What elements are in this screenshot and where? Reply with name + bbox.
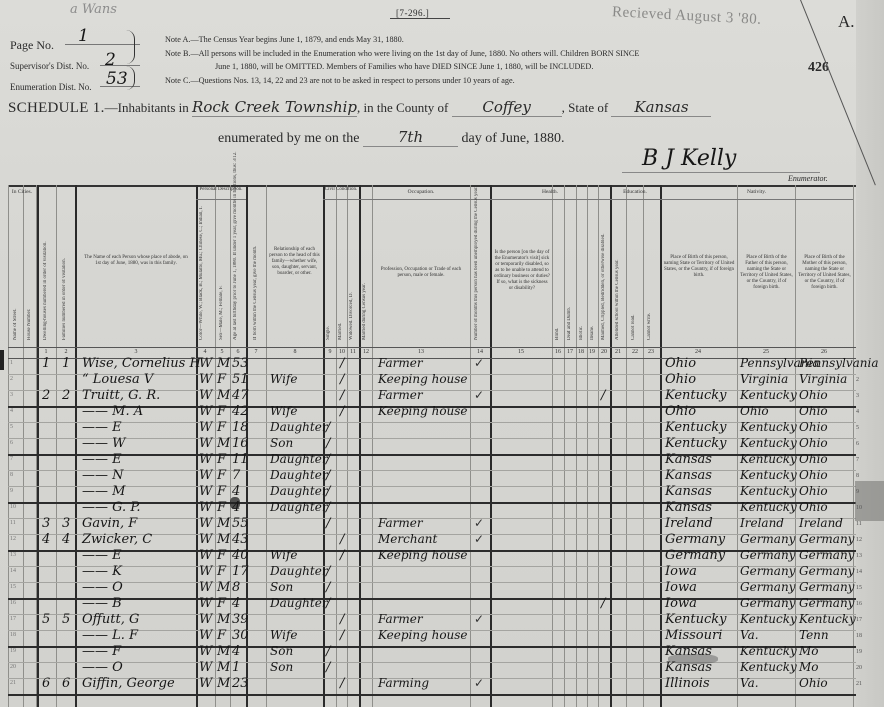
birth-place: Kansas — [665, 468, 712, 483]
single-mark: / — [326, 516, 330, 531]
sex-value: F — [217, 484, 226, 499]
colnum-12: 12 — [356, 349, 376, 355]
colnum-rule — [8, 347, 856, 348]
age-value: 4 — [232, 596, 240, 611]
person-name: —— B — [82, 596, 122, 611]
colnum-2: 2 — [56, 349, 76, 355]
header-maimed: Maimed, Crippled, Bedridden, or otherwis… — [601, 205, 606, 340]
header-married: Married. — [338, 295, 343, 340]
mother-birth-place: Ireland — [799, 516, 843, 530]
birth-place: Kansas — [665, 660, 712, 675]
sex-value: M — [217, 644, 230, 659]
header-birth-month: If born within the Census year, give the… — [253, 215, 258, 340]
relationship-value: Daughter — [270, 500, 328, 514]
married-mark: / — [340, 548, 344, 563]
mother-birth-place: Germany — [799, 564, 854, 578]
sex-value: F — [217, 468, 226, 483]
person-name: Giffin, George — [82, 676, 175, 691]
father-birth-place: Va. — [740, 676, 759, 690]
note-a: Note A.—The Census Year begins June 1, 1… — [165, 33, 845, 47]
color-value: W — [199, 468, 212, 483]
row-line-number: 1 — [856, 361, 859, 367]
occupation-value: Keeping house — [378, 548, 468, 562]
unemployed-check: ✓ — [474, 516, 484, 531]
color-value: W — [199, 404, 212, 419]
row-line-number-left: 3 — [10, 392, 13, 398]
row-line-number-left: 6 — [10, 440, 13, 446]
relationship-value: Wife — [270, 372, 298, 386]
single-mark: / — [326, 500, 330, 515]
person-name: —— L. F — [82, 628, 138, 643]
father-birth-place: Kentucky — [740, 612, 797, 626]
colnum-26: 26 — [814, 349, 834, 355]
header-education: Education. — [610, 189, 660, 195]
color-value: W — [199, 532, 212, 547]
sex-value: M — [217, 388, 230, 403]
enumeration-dist-field: Enumeration Dist. No. 53 — [10, 77, 135, 95]
row-line-number: 4 — [856, 409, 859, 415]
enumeration-day: 7th — [363, 128, 458, 147]
father-birth-place: Kentucky — [740, 420, 797, 434]
row-line-number-left: 21 — [10, 680, 16, 686]
header-sex: Sex—Male, M.; Female, F. — [219, 245, 224, 340]
age-value: 17 — [232, 564, 249, 579]
row-line-number-left: 5 — [10, 424, 13, 430]
header-nativity: Nativity. — [660, 189, 853, 195]
person-name: Zwicker, C — [82, 532, 152, 547]
dwelling-number: 1 — [42, 356, 50, 371]
father-birth-place: Kentucky — [740, 660, 797, 674]
birth-place: Kentucky — [665, 388, 727, 403]
sex-value: M — [217, 516, 230, 531]
row-line-number: 7 — [856, 457, 859, 463]
row-line-number-left: 20 — [10, 664, 16, 670]
header-birth-mother: Place of Birth of the Mother of this per… — [798, 255, 851, 291]
mother-birth-place: Mo — [799, 644, 819, 658]
occupation-value: Keeping house — [378, 372, 468, 386]
colnum-14: 14 — [470, 349, 490, 355]
mother-birth-place: Virginia — [799, 372, 847, 386]
person-name: Wise, Cornelius H — [82, 356, 201, 371]
row-line-number: 13 — [856, 553, 862, 559]
dwelling-number: 2 — [42, 388, 50, 403]
occupation-value: Farmer — [378, 388, 423, 402]
row-line-number-left: 16 — [10, 600, 16, 606]
group-rule — [610, 199, 660, 200]
colnum-24: 24 — [688, 349, 708, 355]
family-number: 3 — [62, 516, 70, 531]
relationship-value: Daughter — [270, 484, 328, 498]
person-name: Truitt, G. R. — [82, 388, 160, 403]
attended-school-mark: / — [601, 596, 605, 611]
father-birth-place: Kentucky — [740, 500, 797, 514]
color-value: W — [199, 372, 212, 387]
birth-place: Kansas — [665, 484, 712, 499]
inhabitants-label: —Inhabitants in — [105, 100, 189, 115]
relationship-value: Wife — [270, 404, 298, 418]
person-name: Offutt, G — [82, 612, 139, 627]
header-name: The Name of each Person whose place of a… — [82, 255, 190, 267]
color-value: W — [199, 388, 212, 403]
father-birth-place: Va. — [740, 628, 759, 642]
birth-place: Kansas — [665, 644, 712, 659]
row-line-number-left: 13 — [10, 552, 16, 558]
row-line-number: 8 — [856, 473, 859, 479]
single-mark: / — [326, 596, 330, 611]
person-name: —— F — [82, 644, 121, 659]
township-value: Rock Creek Township — [192, 98, 357, 117]
mother-birth-place: Germany — [799, 596, 854, 610]
color-value: W — [199, 436, 212, 451]
header-color: Color—White, W.; Black, B.; Mulatto, Mu.… — [199, 205, 204, 340]
row-line-number-left: 19 — [10, 648, 16, 654]
person-name: Gavin, F — [82, 516, 137, 531]
header-birth-person: Place of Birth of this person, naming St… — [663, 255, 735, 279]
row-line-number-left: 12 — [10, 536, 16, 542]
birth-place: Illinois — [665, 676, 710, 691]
unemployed-check: ✓ — [474, 532, 484, 547]
header-civil-condition: Civil Condition. — [323, 187, 359, 192]
single-mark: / — [326, 644, 330, 659]
enumerator-label: Enumerator. — [788, 174, 828, 183]
unemployed-check: ✓ — [474, 356, 484, 371]
family-number: 5 — [62, 612, 70, 627]
color-value: W — [199, 628, 212, 643]
census-page: a Wans [7-296.] Recieved August 3 '80. A… — [0, 0, 884, 707]
header-months-unemployed: Number of months this person has been un… — [474, 205, 479, 340]
age-value: 40 — [232, 548, 249, 563]
mother-birth-place: Ohio — [799, 500, 828, 514]
colnum-13: 13 — [411, 349, 431, 355]
sex-value: F — [217, 404, 226, 419]
header-profession: Profession, Occupation or Trade of each … — [376, 267, 466, 279]
relationship-value: Daughter — [270, 452, 328, 466]
color-value: W — [199, 452, 212, 467]
page-no-value: 1 — [78, 26, 89, 46]
header-single: Single. — [326, 305, 331, 340]
row-line-number: 6 — [856, 441, 859, 447]
married-mark: / — [340, 628, 344, 643]
row-line-number: 14 — [856, 569, 862, 575]
age-value: 4 — [232, 484, 240, 499]
colnum-15: 15 — [511, 349, 531, 355]
mother-birth-place: Germany — [799, 580, 854, 594]
row-line-number-left: 4 — [10, 408, 13, 414]
color-value: W — [199, 420, 212, 435]
single-mark: / — [326, 436, 330, 451]
mother-birth-place: Germany — [799, 532, 854, 546]
birth-place: Missouri — [665, 628, 722, 643]
row-line-number-left: 8 — [10, 472, 13, 478]
dwelling-number: 5 — [42, 612, 50, 627]
relationship-value: Daughter — [270, 420, 328, 434]
birth-place: Ohio — [665, 372, 696, 387]
occupation-value: Merchant — [378, 532, 437, 546]
page-no-label: Page No. — [10, 38, 54, 52]
father-birth-place: Germany — [740, 548, 795, 562]
row-line-number: 3 — [856, 393, 859, 399]
mother-birth-place: Ohio — [799, 484, 828, 498]
received-stamp: Recieved August 3 '80. — [612, 4, 762, 29]
day-suffix: day of June, 1880. — [462, 131, 565, 146]
person-name: —— E — [82, 420, 122, 435]
row-line-number-left: 18 — [10, 632, 16, 638]
father-birth-place: Virginia — [740, 372, 788, 386]
sex-value: M — [217, 580, 230, 595]
mother-birth-place: Germany — [799, 548, 854, 562]
header-occupation: Occupation. — [372, 189, 470, 195]
header-house-number: House Number. — [27, 280, 32, 340]
person-name: —— N — [82, 468, 124, 483]
row-rule — [8, 694, 856, 696]
sex-value: F — [217, 500, 226, 515]
person-name: —— E — [82, 548, 122, 563]
colnum-25: 25 — [756, 349, 776, 355]
group-rule — [660, 199, 853, 200]
age-value: 51 — [232, 372, 249, 387]
sex-value: M — [217, 356, 230, 371]
color-value: W — [199, 548, 212, 563]
person-name: —— E — [82, 452, 122, 467]
row-line-number: 9 — [856, 489, 859, 495]
married-mark: / — [340, 356, 344, 371]
colnum-1: 1 — [36, 349, 56, 355]
header-dwelling: Dwelling-houses numbered in order of vis… — [43, 215, 48, 340]
single-mark: / — [326, 564, 330, 579]
father-birth-place: Kentucky — [740, 468, 797, 482]
mother-birth-place: Ohio — [799, 388, 828, 402]
state-label: , State of — [562, 100, 609, 115]
age-value: 53 — [232, 356, 249, 371]
row-line-number: 16 — [856, 601, 862, 607]
married-mark: / — [340, 532, 344, 547]
single-mark: / — [326, 452, 330, 467]
mother-birth-place: Mo — [799, 660, 819, 674]
father-birth-place: Kentucky — [740, 388, 797, 402]
state-value: Kansas — [611, 98, 711, 117]
age-value: 47 — [232, 388, 249, 403]
mother-birth-place: Kentucky — [799, 612, 856, 626]
colnum-8: 8 — [285, 349, 305, 355]
mother-birth-place: Pennsylvania — [799, 356, 879, 370]
row-line-number-left: 11 — [10, 520, 16, 526]
supervisor-dist-label: Supervisor's Dist. No. — [10, 61, 89, 71]
table-top-rule — [8, 185, 856, 187]
person-name: —— M. A — [82, 404, 143, 419]
enumeration-dist-rule — [100, 86, 140, 87]
mother-birth-place: Ohio — [799, 452, 828, 466]
sex-value: F — [217, 420, 226, 435]
colnum-7: 7 — [246, 349, 266, 355]
sex-value: M — [217, 532, 230, 547]
family-number: 2 — [62, 388, 70, 403]
sex-value: M — [217, 436, 230, 451]
age-value: 4 — [232, 500, 240, 515]
color-value: W — [199, 612, 212, 627]
signature-rule — [622, 172, 820, 173]
occupation-value: Farmer — [378, 356, 423, 370]
relationship-value: Wife — [270, 628, 298, 642]
father-birth-place: Germany — [740, 580, 795, 594]
person-name: —— M — [82, 484, 125, 499]
mother-birth-place: Ohio — [799, 468, 828, 482]
header-cannot-read: Cannot read. — [631, 300, 636, 340]
row-line-number: 5 — [856, 425, 859, 431]
sex-value: F — [217, 452, 226, 467]
header-relationship: Relationship of each person to the head … — [268, 247, 321, 277]
birth-place: Kentucky — [665, 420, 727, 435]
sex-value: F — [217, 372, 226, 387]
relationship-value: Son — [270, 436, 293, 450]
header-idiotic: Idiotic. — [579, 310, 584, 340]
mother-birth-place: Ohio — [799, 404, 828, 418]
color-value: W — [199, 484, 212, 499]
age-value: 1 — [232, 660, 240, 675]
row-line-number-left: 14 — [10, 568, 16, 574]
single-mark: / — [326, 420, 330, 435]
color-value: W — [199, 356, 212, 371]
header-birth-father: Place of Birth of the Father of this per… — [740, 255, 793, 291]
age-value: 43 — [232, 532, 249, 547]
row-line-number: 2 — [856, 377, 859, 383]
family-number: 4 — [62, 532, 70, 547]
birth-place: Germany — [665, 548, 725, 563]
form-code-rule — [390, 18, 450, 19]
age-value: 42 — [232, 404, 249, 419]
married-mark: / — [340, 612, 344, 627]
occupation-value: Farmer — [378, 516, 423, 530]
sex-value: M — [217, 660, 230, 675]
schedule-title: SCHEDULE 1. — [8, 100, 105, 116]
row-line-number-left: 9 — [10, 488, 13, 494]
person-name: —— G. P. — [82, 500, 141, 515]
row-line-number: 12 — [856, 537, 862, 543]
father-birth-place: Kentucky — [740, 452, 797, 466]
single-mark: / — [326, 660, 330, 675]
schedule-heading: SCHEDULE 1.—Inhabitants in Rock Creek To… — [8, 98, 711, 117]
row-line-number: 11 — [856, 521, 862, 527]
birth-place: Ohio — [665, 356, 696, 371]
single-mark: / — [326, 484, 330, 499]
supervisor-dist-value: 2 — [105, 50, 116, 70]
page-no-field: Page No. 1 — [10, 36, 135, 54]
header-street: Name of Street. — [13, 275, 18, 340]
married-mark: / — [340, 372, 344, 387]
person-name: “ Louesa V — [82, 372, 153, 387]
age-value: 30 — [232, 628, 249, 643]
single-mark: / — [326, 468, 330, 483]
header-married-in-year: Married during Census year. — [362, 245, 367, 340]
row-line-number-left: 1 — [10, 360, 13, 366]
color-value: W — [199, 596, 212, 611]
unemployed-check: ✓ — [474, 388, 484, 403]
birth-place: Ireland — [665, 516, 713, 531]
group-rule — [359, 199, 490, 200]
person-name: —— O — [82, 660, 123, 675]
header-families: Families numbered in order of visitation… — [62, 235, 67, 340]
group-rule — [490, 199, 610, 200]
father-birth-place: Kentucky — [740, 484, 797, 498]
unemployed-check: ✓ — [474, 612, 484, 627]
enumeration-date-line: enumerated by me on the 7th day of June,… — [218, 128, 565, 147]
unemployed-check: ✓ — [474, 676, 484, 691]
mother-birth-place: Tenn — [799, 628, 829, 642]
father-birth-place: Kentucky — [740, 436, 797, 450]
group-rule — [323, 199, 359, 200]
mother-birth-place: Ohio — [799, 436, 828, 450]
age-value: 18 — [232, 420, 249, 435]
row-line-number: 15 — [856, 585, 862, 591]
header-personal-description: Personal Description. — [196, 187, 246, 192]
single-mark: / — [326, 580, 330, 595]
sex-value: F — [217, 596, 226, 611]
age-value: 7 — [232, 468, 240, 483]
supervisor-dist-rule — [100, 65, 140, 66]
occupation-value: Keeping house — [378, 628, 468, 642]
mother-birth-place: Ohio — [799, 676, 828, 690]
age-value: 8 — [232, 580, 240, 595]
sex-value: M — [217, 612, 230, 627]
age-value: 11 — [232, 452, 249, 467]
married-mark: / — [340, 388, 344, 403]
brace — [126, 30, 135, 64]
header-widowed: Widowed. Divorced, D. — [349, 265, 354, 340]
sex-value: F — [217, 548, 226, 563]
age-value: 23 — [232, 676, 249, 691]
enumeration-dist-label: Enumeration Dist. No. — [10, 82, 92, 92]
attended-school-mark: / — [601, 388, 605, 403]
birth-place: Iowa — [665, 564, 697, 579]
married-mark: / — [340, 404, 344, 419]
occupation-value: Farmer — [378, 612, 423, 626]
relationship-value: Daughter — [270, 468, 328, 482]
dwelling-number: 4 — [42, 532, 50, 547]
row-line-number: 18 — [856, 633, 862, 639]
birth-place: Iowa — [665, 580, 697, 595]
note-b: Note B.—All persons will be included in … — [165, 47, 845, 61]
header-sickness: Is the person [on the day of the Enumera… — [494, 250, 550, 292]
row-line-number-left: 2 — [10, 376, 13, 382]
relationship-value: Son — [270, 644, 293, 658]
birth-place: Iowa — [665, 596, 697, 611]
father-birth-place: Germany — [740, 564, 795, 578]
county-label: , in the County of — [357, 100, 448, 115]
colnum-3: 3 — [126, 349, 146, 355]
corner-letter: A. — [838, 12, 855, 32]
color-value: W — [199, 564, 212, 579]
father-birth-place: Germany — [740, 532, 795, 546]
header-blind: Blind. — [555, 315, 560, 340]
header-insane: Insane. — [590, 310, 595, 340]
enumerated-label: enumerated by me on the — [218, 131, 360, 146]
color-value: W — [199, 516, 212, 531]
age-value: 4 — [232, 644, 240, 659]
row-line-number: 19 — [856, 649, 862, 655]
sex-value: F — [217, 564, 226, 579]
relationship-value: Wife — [270, 548, 298, 562]
dwelling-number: 3 — [42, 516, 50, 531]
person-name: —— O — [82, 580, 123, 595]
row-line-number: 21 — [856, 681, 862, 687]
father-birth-place: Ireland — [740, 516, 784, 530]
age-value: 16 — [232, 436, 249, 451]
color-value: W — [199, 676, 212, 691]
father-birth-place: Ohio — [740, 404, 769, 418]
enumerator-signature: B J Kelly — [642, 146, 736, 171]
father-birth-place: Germany — [740, 596, 795, 610]
occupation-value: Farming — [378, 676, 429, 690]
relationship-value: Son — [270, 580, 293, 594]
